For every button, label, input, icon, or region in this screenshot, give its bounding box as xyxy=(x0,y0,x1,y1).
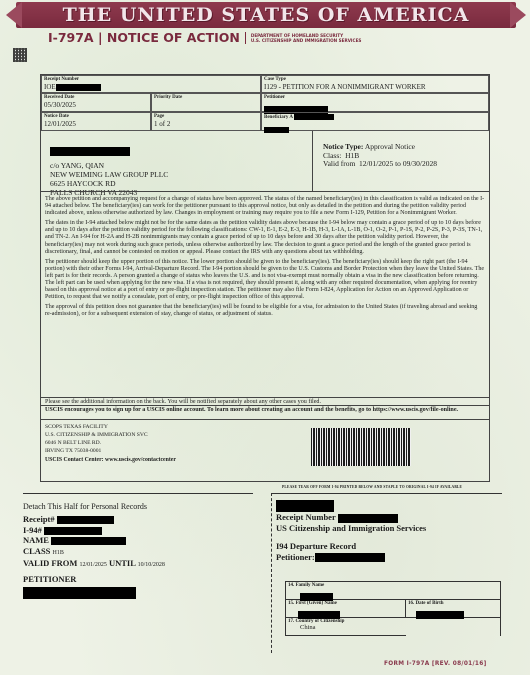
i94-receipt-label: Receipt Number xyxy=(276,512,336,522)
priority-date-cell: Priority Date xyxy=(151,93,261,112)
barcode-icon xyxy=(311,428,411,466)
case-type-cell: Case Type I129 - PETITION FOR A NONIMMIG… xyxy=(261,75,489,93)
facility-name: SCOPS TEXAS FACILITY xyxy=(45,423,485,431)
form-header: I-797A | NOTICE OF ACTION DEPARTMENT OF … xyxy=(48,30,361,45)
redacted-i94-receipt xyxy=(338,514,398,523)
priority-date-label: Priority Date xyxy=(154,95,258,101)
divider xyxy=(245,32,246,44)
first-name-cell: 15. First (Given) Name xyxy=(286,600,406,617)
paragraph-no-guarantee: The approval of this petition does not g… xyxy=(45,304,485,318)
personal-class-value: H1B xyxy=(53,550,64,556)
case-info-grid: Receipt Number IOE Case Type I129 - PETI… xyxy=(41,75,489,131)
received-date-cell: Received Date 05/30/2025 xyxy=(41,93,151,112)
personal-name-label: NAME xyxy=(23,535,49,545)
redacted-personal-receipt xyxy=(57,516,114,524)
redacted-dob xyxy=(416,611,464,619)
country-cell: 17. Country of Citizenship China xyxy=(286,618,406,636)
personal-until: 10/10/2028 xyxy=(138,562,165,568)
redacted-personal-petitioner xyxy=(23,587,136,599)
beneficiary-label: Beneficiary xyxy=(264,115,288,120)
facility-block: SCOPS TEXAS FACILITY U.S. CITIZENSHIP & … xyxy=(41,419,489,485)
first-name-label: 15. First (Given) Name xyxy=(288,601,403,606)
facility-agency: U.S. CITIZENSHIP & IMMIGRATION SVC xyxy=(45,431,485,439)
notice-body: The above petition and accompanying requ… xyxy=(41,191,489,326)
beneficiary-initial: A xyxy=(289,115,292,120)
dob-label: 16. Date of Birth xyxy=(408,601,498,606)
personal-records-half: Detach This Half for Personal Records Re… xyxy=(23,493,263,602)
law-firm: NEW WEIMING LAW GROUP PLLC xyxy=(50,170,303,179)
i94-petitioner-label: Petitioner: xyxy=(276,552,315,562)
redacted-i94-header xyxy=(276,500,334,512)
redacted-i94-number xyxy=(44,527,102,535)
i94-departure-half: Receipt Number US Citizenship and Immigr… xyxy=(270,493,520,562)
redacted-addressee xyxy=(50,147,130,156)
family-name-cell: 14. Family Name xyxy=(286,582,500,600)
personal-receipt-label: Receipt# xyxy=(23,514,55,524)
notice-frame: Receipt Number IOE Case Type I129 - PETI… xyxy=(40,74,490,482)
i94-record-title: I94 Departure Record xyxy=(276,541,520,552)
street: 6625 HAYCOCK RD xyxy=(50,179,303,188)
header-banner: THE UNITED STATES OF AMERICA xyxy=(16,2,516,28)
personal-class-label: CLASS xyxy=(23,546,50,556)
form-revision: FORM I-797A [REV. 08/01/16] xyxy=(384,661,487,667)
tear-off-note: PLEASE TEAR OFF FORM I-94 PRINTED BELOW … xyxy=(282,485,462,489)
divider xyxy=(272,493,502,494)
beneficiary-cell: Beneficiary A xyxy=(261,112,489,131)
redacted-i94-petitioner xyxy=(315,553,385,562)
notice-date-value: 12/01/2025 xyxy=(44,120,148,128)
department-block: DEPARTMENT OF HOMELAND SECURITY U.S. CIT… xyxy=(251,33,362,43)
notice-date-cell: Notice Date 12/01/2025 xyxy=(41,112,151,131)
personal-valid-from-label: VALID FROM xyxy=(23,558,77,568)
valid-label: Valid from xyxy=(323,159,355,168)
valid-to: 09/30/2028 xyxy=(403,159,437,168)
dob-cell: 16. Date of Birth xyxy=(406,600,500,617)
paragraph-approval: The above petition and accompanying requ… xyxy=(45,196,485,217)
country-value: China xyxy=(300,624,404,631)
facility-city: IRVING TX 75038-0001 xyxy=(45,447,485,455)
received-date-value: 05/30/2025 xyxy=(44,101,148,109)
i94-fields: 14. Family Name 15. First (Given) Name 1… xyxy=(285,581,501,636)
form-title: I-797A | NOTICE OF ACTION xyxy=(48,30,240,45)
contact-center: USCIS Contact Center: www.uscis.gov/cont… xyxy=(45,457,485,463)
notice-summary: Notice Type: Approval Notice Class: H1B … xyxy=(313,131,489,191)
family-name-label: 14. Family Name xyxy=(288,583,498,588)
personal-i94-label: I-94# xyxy=(23,525,42,535)
facility-street: 6046 N BELT LINE RD. xyxy=(45,439,485,447)
online-account-note: USCIS encourages you to sign up for a US… xyxy=(41,405,489,416)
redacted-receipt-number xyxy=(56,84,101,91)
paragraph-portions: The petitioner should keep the upper por… xyxy=(45,259,485,302)
mailing-address: c/o YANG, QIAN NEW WEIMING LAW GROUP PLL… xyxy=(41,131,313,191)
qr-code-icon xyxy=(13,48,27,62)
receipt-number-cell: Receipt Number IOE xyxy=(41,75,261,93)
page-cell: Page 1 of 2 xyxy=(151,112,261,131)
personal-until-label: UNTIL xyxy=(109,558,135,568)
receipt-number-prefix: IOE xyxy=(44,83,56,91)
redacted-name xyxy=(51,537,126,545)
page-value: 1 of 2 xyxy=(154,120,258,128)
petitioner-cell: Petitioner xyxy=(261,93,489,112)
banner-title: THE UNITED STATES OF AMERICA xyxy=(63,4,470,26)
redacted-beneficiary xyxy=(294,114,334,120)
divider xyxy=(23,493,253,494)
care-of: c/o YANG, QIAN xyxy=(50,161,303,170)
case-type-value: I129 - PETITION FOR A NONIMMIGRANT WORKE… xyxy=(264,83,486,91)
notice-type-value: Approval Notice xyxy=(365,142,415,151)
petitioner-label: Petitioner xyxy=(264,95,486,101)
valid-from: 12/01/2025 xyxy=(359,159,393,168)
i94-agency: US Citizenship and Immigration Services xyxy=(276,523,520,534)
name-dob-row: 15. First (Given) Name 16. Date of Birth xyxy=(286,600,500,618)
personal-petitioner-label: PETITIONER xyxy=(23,574,263,585)
personal-title: Detach This Half for Personal Records xyxy=(23,502,263,511)
valid-to-label: to xyxy=(395,159,401,168)
department-line2: U.S. CITIZENSHIP AND IMMIGRATION SERVICE… xyxy=(251,38,362,43)
paragraph-i94-dates: The dates in the I-94 attached below mig… xyxy=(45,220,485,255)
personal-valid-from: 12/01/2025 xyxy=(80,562,107,568)
